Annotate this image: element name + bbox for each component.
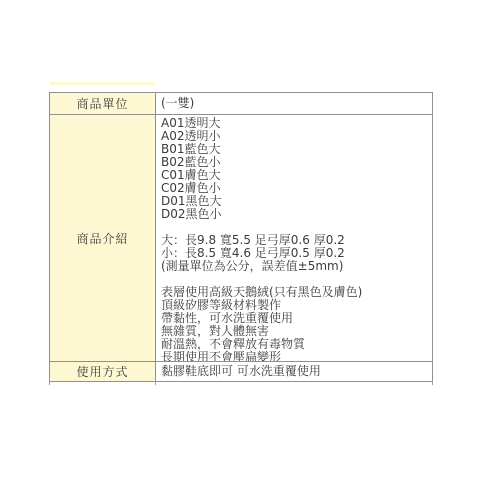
row-value-intro: A01透明大 A02透明小 B01藍色大 B02藍色小 C01膚色大 C02膚色… <box>156 115 432 361</box>
spec-row-unit: 商品單位 (一雙) <box>50 93 432 114</box>
cropped-row-remnant <box>50 82 155 85</box>
spec-row-intro: 商品介紹 A01透明大 A02透明小 B01藍色大 B02藍色小 C01膚色大 … <box>50 114 432 361</box>
row-header-intro: 商品介紹 <box>50 115 156 361</box>
product-spec-page: 商品單位 (一雙) 商品介紹 A01透明大 A02透明小 B01藍色大 B02藍… <box>0 0 480 480</box>
variant-line: D02黑色小 <box>161 208 432 221</box>
product-spec-table: 商品單位 (一雙) 商品介紹 A01透明大 A02透明小 B01藍色大 B02藍… <box>49 92 433 382</box>
size-note-line: (測量單位為公分，誤差值±5mm) <box>161 260 432 273</box>
table-border-stub <box>155 381 156 385</box>
row-value-unit: (一雙) <box>156 93 432 114</box>
table-border-stub <box>432 381 433 385</box>
row-header-usage: 使用方式 <box>50 362 156 381</box>
row-value-usage: 黏膠鞋底即可 可水洗重覆使用 <box>156 362 432 381</box>
feature-line: 長期使用不會壓扁變形 <box>161 351 432 361</box>
table-border-stub <box>49 381 50 385</box>
row-header-unit: 商品單位 <box>50 93 156 114</box>
spec-row-usage: 使用方式 黏膠鞋底即可 可水洗重覆使用 <box>50 361 432 381</box>
